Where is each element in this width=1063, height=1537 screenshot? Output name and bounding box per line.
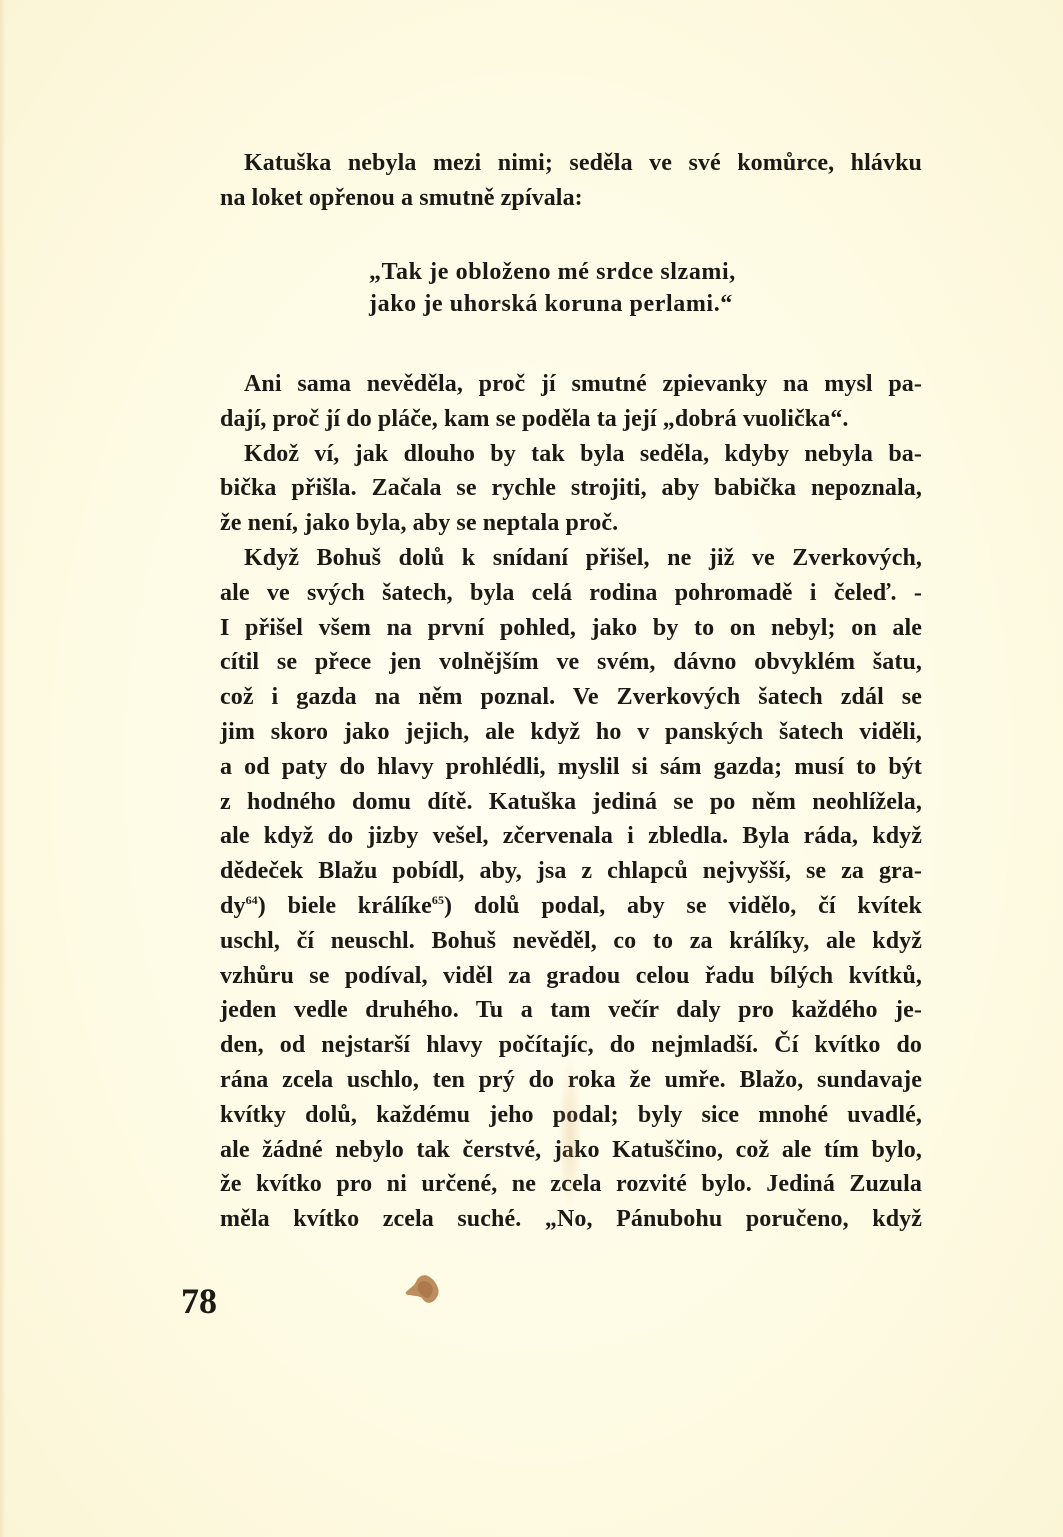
text-line: jeden vedle druhého. Tu a tam večír daly… bbox=[220, 993, 922, 1028]
verse-line: „Tak je obloženo mé srdce slzami, bbox=[369, 256, 736, 288]
page-edge-shadow bbox=[0, 0, 6, 1537]
page-number: 78 bbox=[181, 1280, 217, 1322]
text-line: což i gazda na něm poznal. Ve Zverkových… bbox=[220, 680, 922, 715]
text-line: z hodného domu dítě. Katuška jediná se p… bbox=[220, 785, 922, 820]
ink-stain-icon bbox=[402, 1268, 442, 1308]
verse-line: jako je uhorská koruna perlami.“ bbox=[369, 288, 736, 320]
book-page: Katuška nebyla mezi nimi; seděla ve své … bbox=[0, 0, 1063, 1537]
text-line: Ani sama nevěděla, proč jí smutné zpieva… bbox=[220, 367, 922, 402]
text-line: Kdož ví, jak dlouho by tak byla seděla, … bbox=[220, 437, 922, 472]
paper-stain-faint bbox=[558, 1055, 582, 1215]
text-fragment: ) dolů podal, aby se vidělo, čí kvítek bbox=[444, 893, 922, 919]
text-line-with-footnotes: dy64) biele králíke65) dolů podal, aby s… bbox=[220, 889, 922, 924]
text-line: cítil se přece jen volnějším ve svém, dá… bbox=[220, 645, 922, 680]
text-line: že není, jako byla, aby se neptala proč. bbox=[220, 506, 922, 541]
text-fragment: dy bbox=[220, 893, 246, 919]
text-line: bička přišla. Začala se rychle strojiti,… bbox=[220, 471, 922, 506]
text-line: vzhůru se podíval, viděl za gradou celou… bbox=[220, 959, 922, 994]
text-line: ale když do jizby vešel, zčervenala i zb… bbox=[220, 819, 922, 854]
text-line: uschl, čí neuschl. Bohuš nevěděl, co to … bbox=[220, 924, 922, 959]
footnote-ref-64[interactable]: 64 bbox=[246, 893, 258, 907]
footnote-ref-65[interactable]: 65 bbox=[432, 893, 444, 907]
text-line: dají, proč jí do pláče, kam se poděla ta… bbox=[220, 402, 922, 437]
song-verse: „Tak je obloženo mé srdce slzami, jako j… bbox=[369, 256, 736, 320]
text-line: a od paty do hlavy prohlédli, myslil si … bbox=[220, 750, 922, 785]
text-line: ale ve svých šatech, byla celá rodina po… bbox=[220, 576, 922, 611]
text-line: jim skoro jako jejich, ale když ho v pan… bbox=[220, 715, 922, 750]
paragraph-opening: Katuška nebyla mezi nimi; seděla ve své … bbox=[220, 146, 922, 216]
text-line: Katuška nebyla mezi nimi; seděla ve své … bbox=[220, 146, 922, 181]
text-fragment: ) biele králíke bbox=[258, 893, 432, 919]
text-line: dědeček Blažu pobídl, aby, jsa z chlapců… bbox=[220, 854, 922, 889]
text-line: I přišel všem na první pohled, jako by t… bbox=[220, 611, 922, 646]
text-line: Když Bohuš dolů k snídaní přišel, ne již… bbox=[220, 541, 922, 576]
text-line: na loket opřenou a smutně zpívala: bbox=[220, 181, 922, 216]
